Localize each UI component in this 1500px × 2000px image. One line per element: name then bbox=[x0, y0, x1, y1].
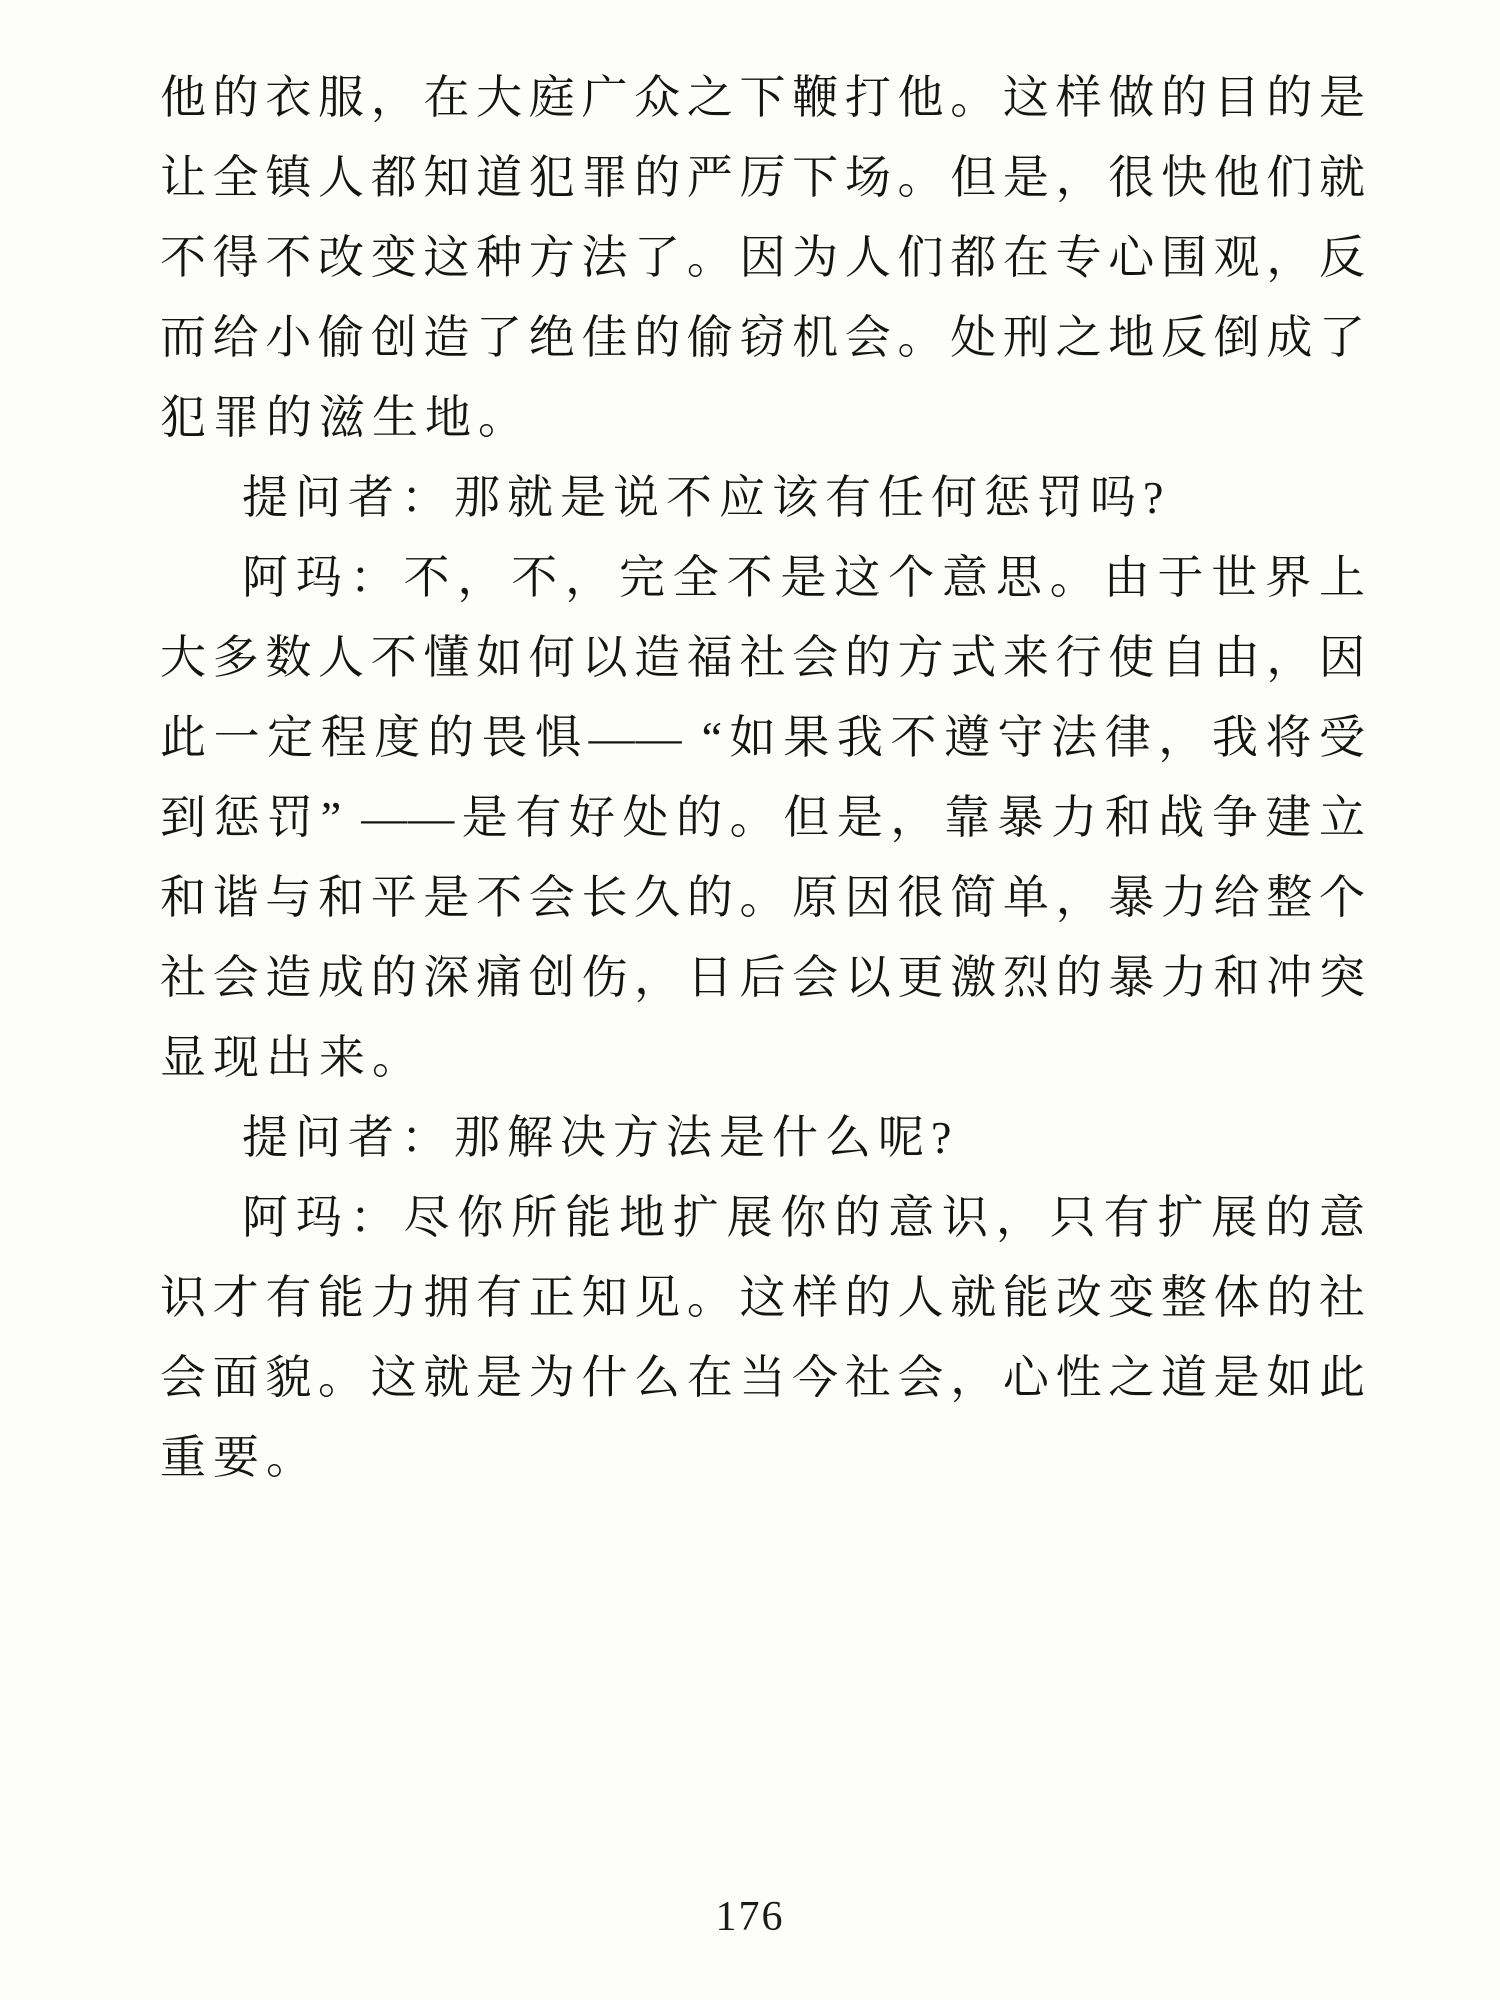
text-line: 和谐与和平是不会长久的。原因很简单，暴力给整个 bbox=[160, 858, 1366, 938]
text-line: 不得不改变这种方法了。因为人们都在专心围观，反 bbox=[160, 218, 1366, 298]
text-line: 显现出来。 bbox=[160, 1018, 1366, 1098]
text-line: 阿玛：尽你所能地扩展你的意识，只有扩展的意 bbox=[160, 1178, 1366, 1258]
text-line: 而给小偷创造了绝佳的偷窃机会。处刑之地反倒成了 bbox=[160, 298, 1366, 378]
text-line: 重要。 bbox=[160, 1418, 1366, 1498]
text-line: 让全镇人都知道犯罪的严厉下场。但是，很快他们就 bbox=[160, 138, 1366, 218]
page-number: 176 bbox=[0, 1893, 1500, 1941]
text-line: 此一定程度的畏惧—— “如果我不遵守法律，我将受 bbox=[160, 698, 1366, 778]
text-line: 社会造成的深痛创伤，日后会以更激烈的暴力和冲突 bbox=[160, 938, 1366, 1018]
text-line: 犯罪的滋生地。 bbox=[160, 378, 1366, 458]
text-line: 阿玛：不，不，完全不是这个意思。由于世界上 bbox=[160, 538, 1366, 618]
book-page: 他的衣服，在大庭广众之下鞭打他。这样做的目的是让全镇人都知道犯罪的严厉下场。但是… bbox=[0, 0, 1500, 2000]
body-text: 他的衣服，在大庭广众之下鞭打他。这样做的目的是让全镇人都知道犯罪的严厉下场。但是… bbox=[160, 58, 1366, 1498]
text-line: 提问者：那解决方法是什么呢? bbox=[160, 1098, 1366, 1178]
text-line: 会面貌。这就是为什么在当今社会，心性之道是如此 bbox=[160, 1338, 1366, 1418]
text-line: 到惩罚” ——是有好处的。但是，靠暴力和战争建立 bbox=[160, 778, 1366, 858]
text-line: 提问者：那就是说不应该有任何惩罚吗? bbox=[160, 458, 1366, 538]
text-line: 识才有能力拥有正知见。这样的人就能改变整体的社 bbox=[160, 1258, 1366, 1338]
text-line: 大多数人不懂如何以造福社会的方式来行使自由，因 bbox=[160, 618, 1366, 698]
text-line: 他的衣服，在大庭广众之下鞭打他。这样做的目的是 bbox=[160, 58, 1366, 138]
